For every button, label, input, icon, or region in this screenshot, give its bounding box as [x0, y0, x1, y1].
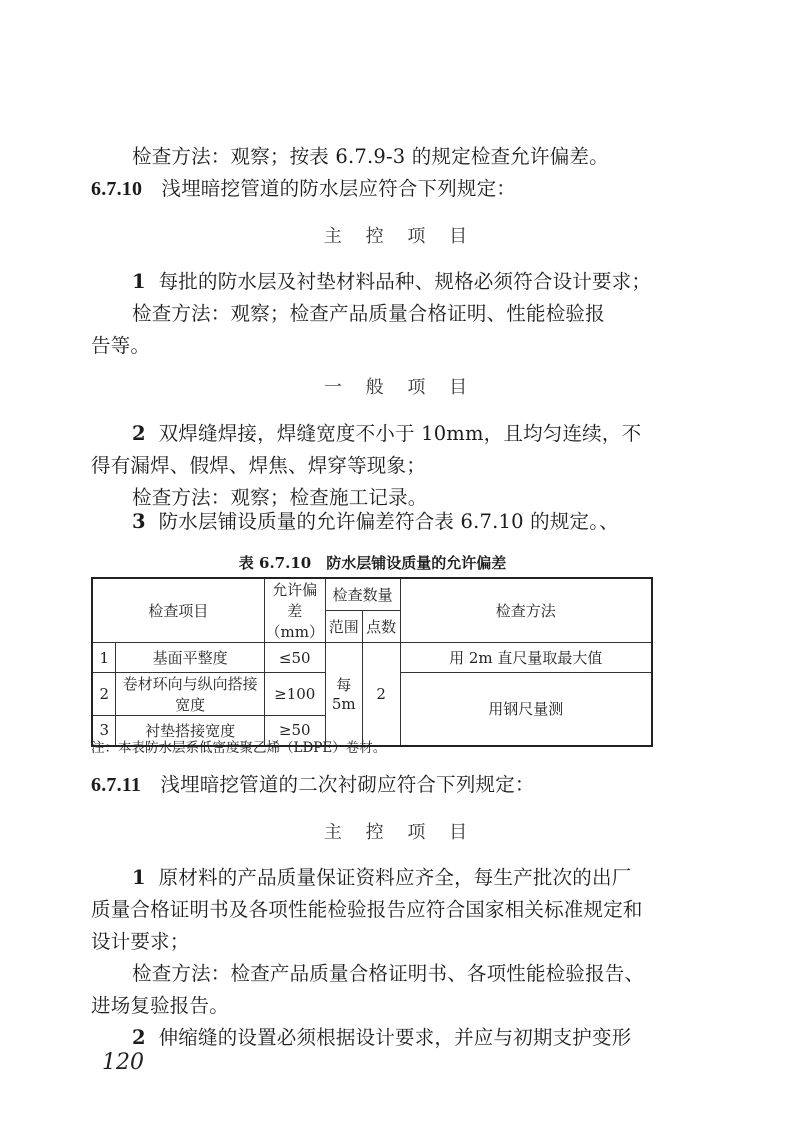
item-text: 防水层铺设质量的允许偏差符合表 6.7.10 的规定。、	[159, 510, 619, 533]
item-text: 原材料的产品质量保证资料应齐全，每生产批次的出厂	[159, 866, 632, 889]
inspection-method-line: 检查方法：观察；按表 6.7.9-3 的规定检查允许偏差。	[132, 145, 609, 169]
row-item: 基面平整度	[116, 643, 264, 673]
inspection-method-line: 检查方法：检查产品质量合格证明书、各项性能检验报告、	[132, 962, 644, 986]
tolerance-table: 检查项目 允许偏差 （mm） 检查数量 检查方法 范围 点数 1 基面平整度 ≤…	[91, 577, 653, 747]
row-tolerance: ≤50	[264, 643, 325, 673]
clause-6-7-10: 6.7.10 浅埋暗挖管道的防水层应符合下列规定：	[91, 177, 516, 201]
table-row: 1 基面平整度 ≤50 每 5m 2 用 2m 直尺量取最大值	[92, 643, 652, 673]
item-1: 1 每批的防水层及衬垫材料品种、规格必须符合设计要求；	[132, 270, 651, 294]
continuation-line: 质量合格证明书及各项性能检验报告应符合国家相关标准规定和	[91, 898, 643, 922]
clause-number: 6.7.11	[91, 774, 141, 796]
item-number: 1	[132, 270, 146, 293]
page-number: 120	[102, 1050, 144, 1075]
clause-number: 6.7.10	[91, 178, 142, 200]
shared-range: 每 5m	[325, 643, 362, 746]
item-text: 每批的防水层及衬垫材料品种、规格必须符合设计要求；	[159, 270, 652, 293]
header-quantity: 检查数量	[325, 578, 400, 610]
section-heading-main-control: 主 控 项 目	[0, 818, 800, 844]
item-number: 3	[132, 510, 146, 533]
header-method: 检查方法	[400, 578, 652, 643]
continuation-line: 设计要求；	[91, 930, 190, 954]
item-number: 2	[132, 422, 146, 445]
item-3: 3 防水层铺设质量的允许偏差符合表 6.7.10 的规定。、	[132, 510, 619, 534]
item-2: 2 伸缩缝的设置必须根据设计要求，并应与初期支护变形	[132, 1026, 631, 1050]
row-number: 2	[92, 673, 116, 716]
header-tolerance: 允许偏差 （mm）	[264, 578, 325, 643]
item-1: 1 原材料的产品质量保证资料应齐全，每生产批次的出厂	[132, 866, 631, 890]
header-tolerance-label: 允许偏差	[265, 579, 325, 621]
table-note: 注：本表防水层系低密度聚乙烯（LDPE）卷材。	[91, 736, 386, 756]
header-range: 范围	[325, 610, 362, 642]
clause-text: 浅埋暗挖管道的二次衬砌应符合下列规定：	[160, 773, 534, 796]
item-number: 1	[132, 866, 146, 889]
row-tolerance: ≥100	[264, 673, 325, 716]
inspection-method-line: 检查方法：观察；检查产品质量合格证明、性能检验报	[132, 302, 605, 326]
row-number: 1	[92, 643, 116, 673]
item-text: 双焊缝焊接，焊缝宽度不小于 10mm，且均匀连续，不	[159, 422, 642, 445]
continuation-line: 得有漏焊、假焊、焊焦、焊穿等现象；	[91, 454, 426, 478]
item-2: 2 双焊缝焊接，焊缝宽度不小于 10mm，且均匀连续，不	[132, 422, 641, 446]
item-number: 2	[132, 1026, 146, 1049]
continuation-line: 进场复验报告。	[91, 994, 229, 1018]
row-method: 用 2m 直尺量取最大值	[400, 643, 652, 673]
header-tolerance-unit: （mm）	[265, 621, 325, 642]
shared-points: 2	[362, 643, 400, 746]
section-heading-main-control: 主 控 项 目	[0, 222, 800, 248]
row-method: 用钢尺量测	[400, 673, 652, 746]
header-points: 点数	[362, 610, 400, 642]
section-heading-general: 一 般 项 目	[0, 373, 800, 399]
inspection-method-line: 检查方法：观察；检查施工记录。	[132, 486, 428, 510]
row-item: 卷材环向与纵向搭接宽度	[116, 673, 264, 716]
item-text: 伸缩缝的设置必须根据设计要求，并应与初期支护变形	[159, 1026, 632, 1049]
clause-6-7-11: 6.7.11 浅埋暗挖管道的二次衬砌应符合下列规定：	[91, 773, 535, 797]
clause-text: 浅埋暗挖管道的防水层应符合下列规定：	[161, 177, 516, 200]
header-item: 检查项目	[92, 578, 264, 643]
continuation-line: 告等。	[91, 334, 150, 358]
table-caption: 表 6.7.10 防水层铺设质量的允许偏差	[0, 552, 745, 573]
